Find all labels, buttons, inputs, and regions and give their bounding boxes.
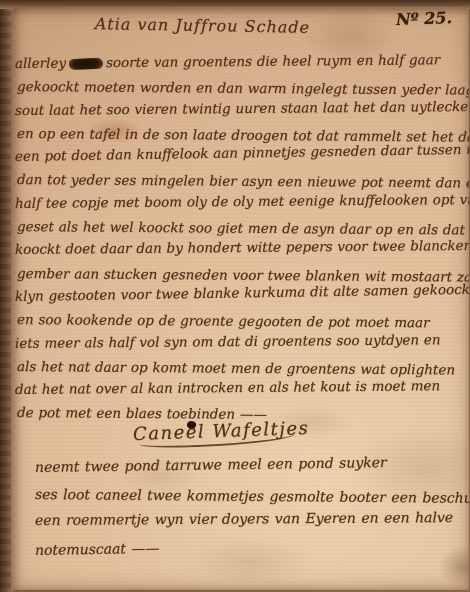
manuscript-line: een roemmertje wyn vier doyers van Eyere… xyxy=(35,505,469,535)
wafels-recipe-text: neemt twee pond tarruwe meel een pond su… xyxy=(35,455,469,564)
line-text: soorte van groentens die heel ruym en ha… xyxy=(106,52,440,71)
manuscript-line: allerleysoorte van groentens die heel ru… xyxy=(15,49,469,76)
manuscript-line: notemuscaat —— xyxy=(35,530,469,564)
line-text: allerley xyxy=(15,56,66,72)
manuscript-line: half tee copje met boom oly de oly met e… xyxy=(15,189,469,216)
manuscript-line: dat het nat over al kan introcken en als… xyxy=(15,375,469,402)
page-number: Nº 25. xyxy=(396,8,453,29)
atia-recipe-text: allerleysoorte van groentens die heel ru… xyxy=(15,53,469,426)
ink-blot xyxy=(69,58,103,70)
manuscript-line: sout laat het soo vieren twintig uuren s… xyxy=(15,96,469,123)
manuscript-line: neemt twee pond tarruwe meel een pond su… xyxy=(35,449,469,482)
manuscript-line: iets meer als half vol syn om dat di gro… xyxy=(15,329,469,356)
manuscript-photo: Nº 25. Atia van Juffrou Schade allerleys… xyxy=(0,0,470,592)
manuscript-page: Nº 25. Atia van Juffrou Schade allerleys… xyxy=(11,7,469,590)
manuscript-line: koockt doet daar dan by hondert witte pe… xyxy=(15,235,469,262)
recipe-title: Atia van Juffrou Schade xyxy=(95,14,310,37)
